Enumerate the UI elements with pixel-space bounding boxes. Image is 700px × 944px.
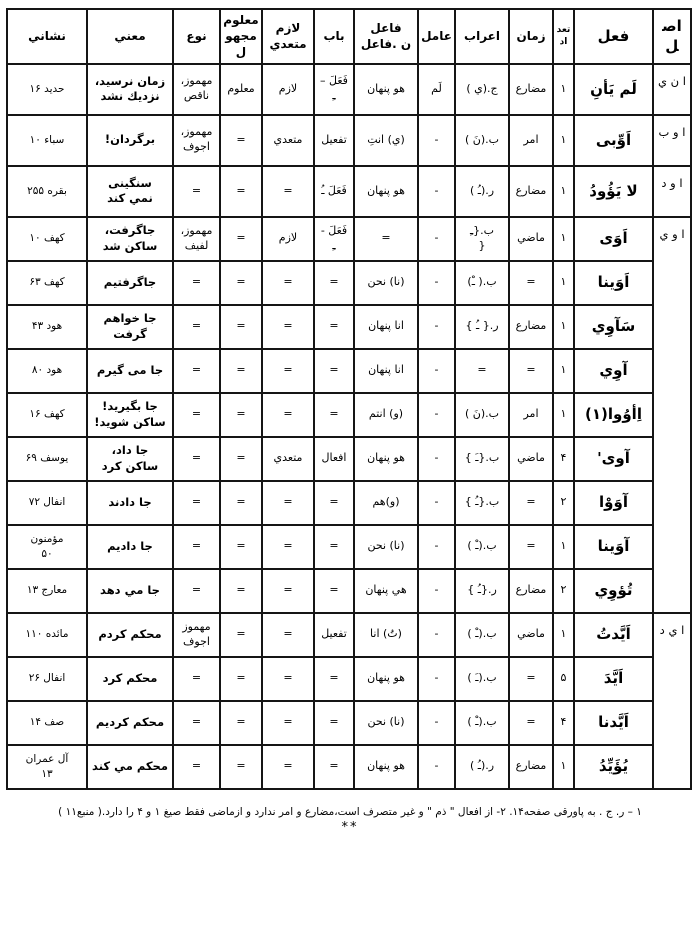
cell-malum-majhul: = <box>220 525 262 569</box>
cell-fael: = <box>354 217 418 261</box>
cell-bab: = <box>314 745 354 789</box>
header-asl: اصل <box>653 9 691 64</box>
cell-neshani: معارج ۱۳ <box>7 569 87 613</box>
cell-bab: = <box>314 349 354 393</box>
cell-asl: ا ن ي <box>653 64 691 115</box>
cell-bab: افعال <box>314 437 354 481</box>
cell-mani: جا داديم <box>87 525 173 569</box>
cell-fel: اَوَى <box>574 217 653 261</box>
cell-amel: - <box>418 115 455 166</box>
cell-mani: جا خواهم گرفت <box>87 305 173 349</box>
cell-fel: آوى' <box>574 437 653 481</box>
cell-amel: - <box>418 481 455 525</box>
cell-asl: ا و د <box>653 166 691 217</box>
cell-fael: انا پنهان <box>354 305 418 349</box>
cell-neshani: مؤمنون ۵۰ <box>7 525 87 569</box>
cell-tedad: ۱ <box>553 217 574 261</box>
cell-fel: اَيَّدتُ <box>574 613 653 657</box>
cell-erab: ر.{ـُ } <box>455 569 509 613</box>
cell-mani: جا بگيريد! ساكن شويد! <box>87 393 173 437</box>
verb-conjugation-table: اصلفعلتعدادزماناعرابعاملفاعل ن .فاعلبابل… <box>6 8 692 790</box>
cell-malum-majhul: = <box>220 217 262 261</box>
cell-lazem-motaaddi: = <box>262 166 314 217</box>
cell-zaman: مضارع <box>509 166 553 217</box>
table-header-row: اصلفعلتعدادزماناعرابعاملفاعل ن .فاعلبابل… <box>7 9 691 64</box>
cell-now: = <box>173 166 220 217</box>
cell-amel: - <box>418 657 455 701</box>
cell-tedad: ۱ <box>553 166 574 217</box>
cell-mani: برگردان! <box>87 115 173 166</box>
table-header: اصلفعلتعدادزماناعرابعاملفاعل ن .فاعلبابل… <box>7 9 691 64</box>
header-now: نوع <box>173 9 220 64</box>
cell-now: مهموز، ناقص <box>173 64 220 115</box>
cell-malum-majhul: = <box>220 481 262 525</box>
cell-fael: انا پنهان <box>354 349 418 393</box>
table-row: تُؤوِي۲مضارعر.{ـُ }-هي پنهان====جا مي ده… <box>7 569 691 613</box>
cell-erab: ب.(ـْ ) <box>455 701 509 745</box>
cell-fael: (نا) نحن <box>354 261 418 305</box>
cell-mani: محكم كرد <box>87 657 173 701</box>
cell-zaman: = <box>509 701 553 745</box>
cell-bab: = <box>314 305 354 349</box>
cell-now: مهموز، لفيف <box>173 217 220 261</box>
cell-amel: - <box>418 217 455 261</box>
cell-tedad: ۱ <box>553 613 574 657</box>
cell-lazem-motaaddi: = <box>262 349 314 393</box>
cell-fael: (تُ) انا <box>354 613 418 657</box>
table-row: آوَوْا۲=ب.{ـُ }-(و)هم====جا دادندانفال ۷… <box>7 481 691 525</box>
cell-now: مهموز اجوف <box>173 613 220 657</box>
cell-tedad: ۱ <box>553 115 574 166</box>
cell-erab: ب.{ـِ { <box>455 217 509 261</box>
cell-malum-majhul: = <box>220 305 262 349</box>
cell-amel: - <box>418 525 455 569</box>
cell-malum-majhul: = <box>220 115 262 166</box>
header-lazem-motaaddi: لازم متعدي <box>262 9 314 64</box>
cell-amel: - <box>418 701 455 745</box>
cell-fael: هو پنهان <box>354 745 418 789</box>
cell-mani: جا داد، ساكن كرد <box>87 437 173 481</box>
cell-fael: هو پنهان <box>354 64 418 115</box>
cell-fael: هو پنهان <box>354 437 418 481</box>
cell-fel: اِأوُوا(۱) <box>574 393 653 437</box>
cell-now: = <box>173 569 220 613</box>
table-row: ا ي داَيَّدتُ۱ماضيب.(ـْ )-(تُ) اناتفعيل=… <box>7 613 691 657</box>
cell-malum-majhul: = <box>220 437 262 481</box>
cell-erab: = <box>455 349 509 393</box>
cell-zaman: مضارع <box>509 569 553 613</box>
cell-fel: اَيَّدنا <box>574 701 653 745</box>
cell-lazem-motaaddi: لازم <box>262 217 314 261</box>
cell-fel: تُؤوِي <box>574 569 653 613</box>
cell-fel: آوَينا <box>574 525 653 569</box>
cell-amel: - <box>418 569 455 613</box>
cell-fael: (نا) نحن <box>354 701 418 745</box>
cell-lazem-motaaddi: = <box>262 701 314 745</box>
table-row: اِأوُوا(۱)۱امرب.(نَ )-(و) انتم====جا بگي… <box>7 393 691 437</box>
cell-mani: جا دادند <box>87 481 173 525</box>
cell-mani: سنگينى نمي كند <box>87 166 173 217</box>
cell-lazem-motaaddi: = <box>262 393 314 437</box>
cell-erab: ر.{ ـُ } <box>455 305 509 349</box>
cell-neshani: كهف ۶۳ <box>7 261 87 305</box>
cell-malum-majhul: = <box>220 745 262 789</box>
cell-mani: محكم مي كند <box>87 745 173 789</box>
cell-bab: = <box>314 701 354 745</box>
header-fel: فعل <box>574 9 653 64</box>
cell-erab: ب.(ـَ ) <box>455 657 509 701</box>
cell-tedad: ۲ <box>553 481 574 525</box>
cell-neshani: سباء ۱۰ <box>7 115 87 166</box>
cell-neshani: بقره ۲۵۵ <box>7 166 87 217</box>
cell-bab: تفعيل <box>314 613 354 657</box>
table-row: آوَينا۱=ب.(ـْ )-(نا) نحن====جا داديممؤمن… <box>7 525 691 569</box>
cell-amel: لَم <box>418 64 455 115</box>
cell-mani: جا مي دهد <box>87 569 173 613</box>
cell-malum-majhul: = <box>220 261 262 305</box>
cell-lazem-motaaddi: = <box>262 745 314 789</box>
cell-amel: - <box>418 393 455 437</box>
cell-zaman: = <box>509 261 553 305</box>
cell-mani: محكم كرديم <box>87 701 173 745</box>
cell-amel: - <box>418 745 455 789</box>
cell-lazem-motaaddi: = <box>262 305 314 349</box>
cell-malum-majhul: = <box>220 701 262 745</box>
cell-tedad: ۵ <box>553 657 574 701</box>
header-neshani: نشاني <box>7 9 87 64</box>
table-row: سَآوِي۱مضارعر.{ ـُ }-انا پنهان====جا خوا… <box>7 305 691 349</box>
cell-zaman: ماضي <box>509 437 553 481</box>
cell-now: مهموز، اجوف <box>173 115 220 166</box>
cell-zaman: = <box>509 525 553 569</box>
cell-lazem-motaaddi: متعدي <box>262 115 314 166</box>
table-row: ا و باَوِّبى۱امرب.(نَ )-(ي) انتِتفعيلمتع… <box>7 115 691 166</box>
cell-fel: لَم يَأنِ <box>574 64 653 115</box>
cell-fael: هي پنهان <box>354 569 418 613</box>
cell-neshani: صف ۱۴ <box>7 701 87 745</box>
footnote-stars: ** <box>0 820 700 835</box>
cell-lazem-motaaddi: = <box>262 481 314 525</box>
cell-tedad: ۲ <box>553 569 574 613</box>
cell-lazem-motaaddi: = <box>262 261 314 305</box>
cell-neshani: هود ۸۰ <box>7 349 87 393</box>
table-row: ا و ياَوَى۱ماضيب.{ـِ {-=فَعَلَ - ـِلازم=… <box>7 217 691 261</box>
cell-bab: = <box>314 525 354 569</box>
cell-malum-majhul: = <box>220 393 262 437</box>
cell-now: = <box>173 481 220 525</box>
cell-fael: (نا) نحن <box>354 525 418 569</box>
cell-bab: فَعَلَ ـُ <box>314 166 354 217</box>
header-malum-majhul: معلوم مجهول <box>220 9 262 64</box>
cell-now: = <box>173 437 220 481</box>
cell-amel: - <box>418 261 455 305</box>
cell-neshani: كهف ۱۶ <box>7 393 87 437</box>
cell-erab: ر.(ـُ ) <box>455 745 509 789</box>
table-row: يُؤَيِّدُ۱مضارعر.(ـُ )-هو پنهان====محكم … <box>7 745 691 789</box>
cell-erab: ب.(ـْ ) <box>455 525 509 569</box>
cell-fel: اَوَينا <box>574 261 653 305</box>
cell-mani: محكم كردم <box>87 613 173 657</box>
cell-lazem-motaaddi: = <box>262 657 314 701</box>
cell-erab: ج.(ي ) <box>455 64 509 115</box>
cell-now: = <box>173 701 220 745</box>
cell-zaman: = <box>509 481 553 525</box>
cell-tedad: ۱ <box>553 745 574 789</box>
cell-zaman: مضارع <box>509 745 553 789</box>
cell-erab: ب.( ـْ) <box>455 261 509 305</box>
cell-tedad: ۱ <box>553 393 574 437</box>
cell-fel: آوِي <box>574 349 653 393</box>
header-mani: معني <box>87 9 173 64</box>
table-row: اَيَّدنا۴=ب.(ـْ )-(نا) نحن====محكم كرديم… <box>7 701 691 745</box>
cell-tedad: ۴ <box>553 437 574 481</box>
cell-zaman: ماضي <box>509 613 553 657</box>
table-row: آوى'۴ماضيب.{ـَ }-هو پنهانافعالمتعدي==جا … <box>7 437 691 481</box>
cell-fael: (ي) انتِ <box>354 115 418 166</box>
cell-amel: - <box>418 349 455 393</box>
cell-erab: ب.{ـُ } <box>455 481 509 525</box>
cell-fel: سَآوِي <box>574 305 653 349</box>
cell-mani: جا مى گيرم <box>87 349 173 393</box>
cell-bab: = <box>314 261 354 305</box>
cell-zaman: امر <box>509 115 553 166</box>
cell-mani: جاگرفت، ساكن شد <box>87 217 173 261</box>
cell-neshani: انفال ۲۶ <box>7 657 87 701</box>
cell-fael: هو پنهان <box>354 657 418 701</box>
cell-erab: ب.(نَ ) <box>455 115 509 166</box>
cell-amel: - <box>418 437 455 481</box>
cell-malum-majhul: = <box>220 613 262 657</box>
table-row: اَوَينا۱=ب.( ـْ)-(نا) نحن====جاگرفتيمكهف… <box>7 261 691 305</box>
cell-now: = <box>173 393 220 437</box>
cell-zaman: = <box>509 349 553 393</box>
header-zaman: زمان <box>509 9 553 64</box>
cell-lazem-motaaddi: لازم <box>262 64 314 115</box>
cell-bab: فَعَلَ – ـِ <box>314 64 354 115</box>
cell-malum-majhul: = <box>220 349 262 393</box>
cell-tedad: ۱ <box>553 525 574 569</box>
cell-neshani: هود ۴۳ <box>7 305 87 349</box>
cell-now: = <box>173 745 220 789</box>
cell-neshani: يوسف ۶۹ <box>7 437 87 481</box>
table-body: ا ن يلَم يَأنِ۱مضارعج.(ي )لَمهو پنهانفَع… <box>7 64 691 789</box>
cell-zaman: ماضي <box>509 217 553 261</box>
cell-tedad: ۱ <box>553 261 574 305</box>
cell-fael: (و)هم <box>354 481 418 525</box>
cell-neshani: آل عمران ۱۳ <box>7 745 87 789</box>
cell-fel: اَوِّبى <box>574 115 653 166</box>
cell-lazem-motaaddi: = <box>262 569 314 613</box>
document-page: اصلفعلتعدادزماناعرابعاملفاعل ن .فاعلبابل… <box>0 0 700 835</box>
header-amel: عامل <box>418 9 455 64</box>
cell-malum-majhul: = <box>220 569 262 613</box>
cell-lazem-motaaddi: متعدي <box>262 437 314 481</box>
cell-malum-majhul: معلوم <box>220 64 262 115</box>
cell-lazem-motaaddi: = <box>262 613 314 657</box>
cell-bab: = <box>314 393 354 437</box>
cell-tedad: ۱ <box>553 305 574 349</box>
cell-amel: - <box>418 305 455 349</box>
cell-zaman: مضارع <box>509 64 553 115</box>
cell-malum-majhul: = <box>220 657 262 701</box>
header-fael: فاعل ن .فاعل <box>354 9 418 64</box>
cell-fel: آوَوْا <box>574 481 653 525</box>
header-erab: اعراب <box>455 9 509 64</box>
cell-neshani: مائده ۱۱۰ <box>7 613 87 657</box>
cell-erab: ب.(نَ ) <box>455 393 509 437</box>
table-row: آوِي۱==-انا پنهان====جا مى گيرمهود ۸۰ <box>7 349 691 393</box>
cell-bab: = <box>314 481 354 525</box>
cell-bab: = <box>314 569 354 613</box>
cell-zaman: مضارع <box>509 305 553 349</box>
cell-asl: ا ي د <box>653 613 691 789</box>
cell-malum-majhul: = <box>220 166 262 217</box>
cell-bab: فَعَلَ - ـِ <box>314 217 354 261</box>
cell-now: = <box>173 525 220 569</box>
table-row: ا ن يلَم يَأنِ۱مضارعج.(ي )لَمهو پنهانفَع… <box>7 64 691 115</box>
cell-fel: اَيَّدَ <box>574 657 653 701</box>
cell-fel: يُؤَيِّدُ <box>574 745 653 789</box>
cell-amel: - <box>418 613 455 657</box>
cell-zaman: امر <box>509 393 553 437</box>
cell-mani: جاگرفتيم <box>87 261 173 305</box>
footnote-text: ۱ – ر. ج . به پاورقى صفحه۱۴. ۲- از افعال… <box>0 805 700 821</box>
cell-lazem-motaaddi: = <box>262 525 314 569</box>
cell-bab: = <box>314 657 354 701</box>
cell-erab: ب.{ـَ } <box>455 437 509 481</box>
cell-neshani: كهف ۱۰ <box>7 217 87 261</box>
cell-fael: هو پنهان <box>354 166 418 217</box>
cell-mani: زمان نرسيد، نزديك نشد <box>87 64 173 115</box>
cell-amel: - <box>418 166 455 217</box>
cell-now: = <box>173 349 220 393</box>
cell-now: = <box>173 305 220 349</box>
cell-fel: لا يَؤُودُ <box>574 166 653 217</box>
table-row: ا و دلا يَؤُودُ۱مضارعر.(ـُ )-هو پنهانفَع… <box>7 166 691 217</box>
cell-now: = <box>173 261 220 305</box>
cell-now: = <box>173 657 220 701</box>
table-row: اَيَّدَ۵=ب.(ـَ )-هو پنهان====محكم كردانف… <box>7 657 691 701</box>
cell-zaman: = <box>509 657 553 701</box>
cell-tedad: ۱ <box>553 349 574 393</box>
cell-asl: ا و ب <box>653 115 691 166</box>
cell-fael: (و) انتم <box>354 393 418 437</box>
cell-asl: ا و ي <box>653 217 691 613</box>
cell-bab: تفعيل <box>314 115 354 166</box>
cell-neshani: حديد ۱۶ <box>7 64 87 115</box>
cell-erab: ب.(ـْ ) <box>455 613 509 657</box>
cell-tedad: ۴ <box>553 701 574 745</box>
cell-neshani: انفال ۷۲ <box>7 481 87 525</box>
cell-erab: ر.(ـُ ) <box>455 166 509 217</box>
cell-tedad: ۱ <box>553 64 574 115</box>
header-bab: باب <box>314 9 354 64</box>
header-tedad: تعداد <box>553 9 574 64</box>
